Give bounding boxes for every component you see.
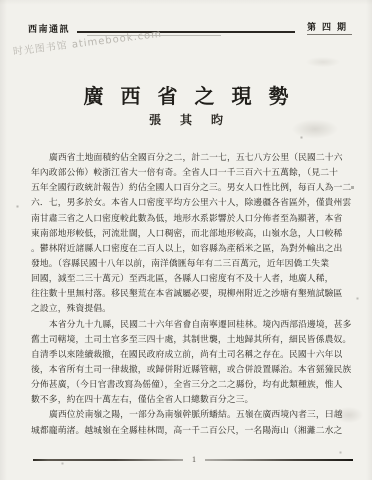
text-line: 往往數十里無村落。移民墾荒在本省誠屬必要，現柳州附近之沙塘有墾殖試驗區 xyxy=(31,286,349,301)
scanned-page: 西南通訊 第四期 时光图书馆 atimebook.com 廣西省之現勢 張其昀 … xyxy=(0,0,372,480)
text-line: 數不多，約在四十萬左右，僅佔全省人口總數百分之三。 xyxy=(31,392,349,407)
text-line: 本省分九十九縣，民國二十六年省會自南寧遷回桂林。境內西部沿邊境，甚多 xyxy=(31,317,349,332)
page-number: 1 xyxy=(192,456,196,464)
journal-title: 西南通訊 xyxy=(28,22,70,35)
text-line: 南甘肅三省之人口密度較此數為低，地形水系影響於人口分佈者至為顯著，本省 xyxy=(31,211,349,226)
scan-specks xyxy=(0,0,1,1)
article-body: 廣西省土地面積約佔全國百分之二，計二一七，五七八方公里（民國二十六 年內政部公佈… xyxy=(31,150,349,438)
text-line: 回國，減至二三十萬元）至西北區，各縣人口密度有不及十人者，地廣人稀， xyxy=(31,271,349,286)
footer-rule-right xyxy=(205,459,353,461)
text-line: 東南部地形較低，河流壯闊，人口稠密，而北部地形較高，山嶺水急，人口較稀 xyxy=(31,226,349,241)
text-line: 後，本省所有土司一律裁撤，或歸併附近縣管轄，或合併設置縣治。本省猺獞民族 xyxy=(31,362,349,377)
text-line: 廣西省土地面積約佔全國百分之二，計二一七，五七八方公里（民國二十六 xyxy=(31,150,349,165)
issue-number: 第四期 xyxy=(307,20,352,35)
author-name: 張其昀 xyxy=(0,111,372,128)
text-line: 。鬱林附近諸縣人口密度在二百人以上，如容縣為產稻米之區，為對外輸出之出 xyxy=(31,241,349,256)
text-line: 廣西位於南嶺之陽，一部分為南嶺幹脈所蟠結。五嶺在廣西境內者三，曰越 xyxy=(31,407,349,422)
page-footer: 1 xyxy=(33,454,353,466)
page-header: 西南通訊 第四期 xyxy=(28,20,352,35)
text-line: 發地。（容縣民國十八年以前，南洋僑匯每年有二三百萬元，近年因僑工失業 xyxy=(31,256,349,271)
text-line: 之設立，殊資提倡。 xyxy=(31,301,349,316)
text-line: 六．七，男多於女。本省人口密度平均方公里六十人，除邊疆各省區外，僅貴州雲 xyxy=(31,195,349,210)
text-line: 城都龐萌渚。越城嶺在全縣桂林間，高一千二百公尺，一名陽海山（湘灕二水之 xyxy=(31,423,349,438)
text-line: 舊土司轄境，土司土官多至三四十處，其制世襲，土地歸其所有，細民皆係農奴。 xyxy=(31,332,349,347)
text-line: 年內政部公佈）較浙江省大一倍有奇。全省人口一千三百六十五萬餘，（見二十 xyxy=(31,165,349,180)
text-line: 分佈甚廣，（今日官書改寫為傜僮），全省三分之二之縣份，均有此類種族，惟人 xyxy=(31,377,349,392)
text-line: 自清季以來陸續裁撤，在國民政府成立前，尚有土司名稱之存在。民國十六年以 xyxy=(31,347,349,362)
scan-smudge xyxy=(300,55,346,69)
article-title: 廣西省之現勢 xyxy=(0,80,372,109)
footer-rule-left xyxy=(33,459,183,461)
text-line: 五年全國行政統計報告）約佔全國人口百分之三。男女人口性比例，每百人為一二 xyxy=(31,180,349,195)
